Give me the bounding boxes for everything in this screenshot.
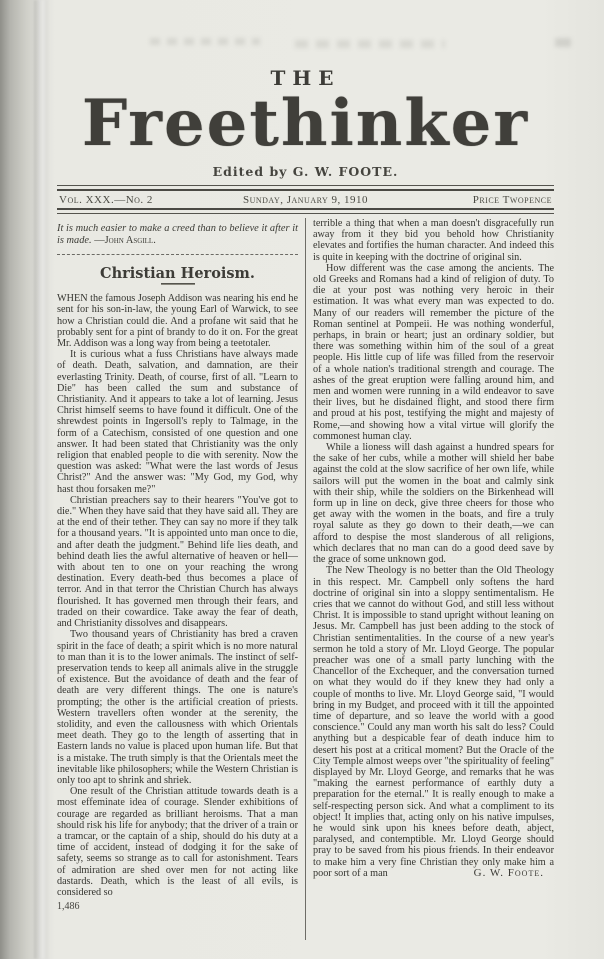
article-paragraph: How different was the case among the anc…: [313, 263, 554, 442]
scanned-page-background: THE Freethinker Edited by G. W. FOOTE. V…: [0, 0, 604, 959]
title-rule: [161, 283, 195, 285]
epigraph: It is much easier to make a creed than t…: [57, 218, 298, 251]
publication-title: Freethinker: [57, 92, 554, 156]
article-paragraph: One result of the Christian attitude tow…: [57, 786, 298, 898]
article-paragraph: WHEN the famous Joseph Addison was neari…: [57, 293, 298, 349]
left-column-text: WHEN the famous Joseph Addison was neari…: [57, 293, 298, 898]
dashed-rule: [57, 254, 298, 255]
show-through-smudge: [295, 40, 445, 48]
column-divider-rule: [305, 218, 306, 940]
horizontal-rule: [57, 208, 554, 214]
issue-date: Sunday, January 9, 1910: [209, 194, 402, 206]
epigraph-attribution: —John Asgill.: [94, 235, 156, 246]
volume-number: Vol. XXX.—No. 2: [59, 194, 209, 206]
issue-info-line: Vol. XXX.—No. 2 Sunday, January 9, 1910 …: [57, 191, 554, 208]
right-column: terrible a thing that when a man doesn't…: [313, 218, 554, 940]
show-through-smudge: [150, 38, 260, 45]
article-paragraph: Two thousand years of Christianity has b…: [57, 629, 298, 786]
article-paragraph: terrible a thing that when a man doesn't…: [313, 218, 554, 263]
edited-by-line: Edited by G. W. FOOTE.: [57, 164, 554, 179]
article-paragraph: It is curious what a fuss Christians hav…: [57, 349, 298, 495]
page-crease: [34, 0, 48, 959]
article-columns: It is much easier to make a creed than t…: [57, 218, 554, 940]
page-content: THE Freethinker Edited by G. W. FOOTE. V…: [57, 58, 554, 940]
article-paragraph: The New Theology is no better than the O…: [313, 565, 554, 879]
right-column-text: terrible a thing that when a man doesn't…: [313, 218, 554, 879]
article-paragraph: While a lioness will dash against a hund…: [313, 442, 554, 565]
left-column: It is much easier to make a creed than t…: [57, 218, 298, 940]
masthead: THE Freethinker Edited by G. W. FOOTE.: [57, 66, 554, 179]
show-through-smudge: [555, 38, 571, 47]
article-paragraph: Christian preachers say to their hearers…: [57, 495, 298, 629]
issue-footline: 1,486: [57, 901, 298, 912]
article-title: Christian Heroism.: [57, 268, 298, 279]
issue-price: Price Twopence: [402, 194, 552, 206]
